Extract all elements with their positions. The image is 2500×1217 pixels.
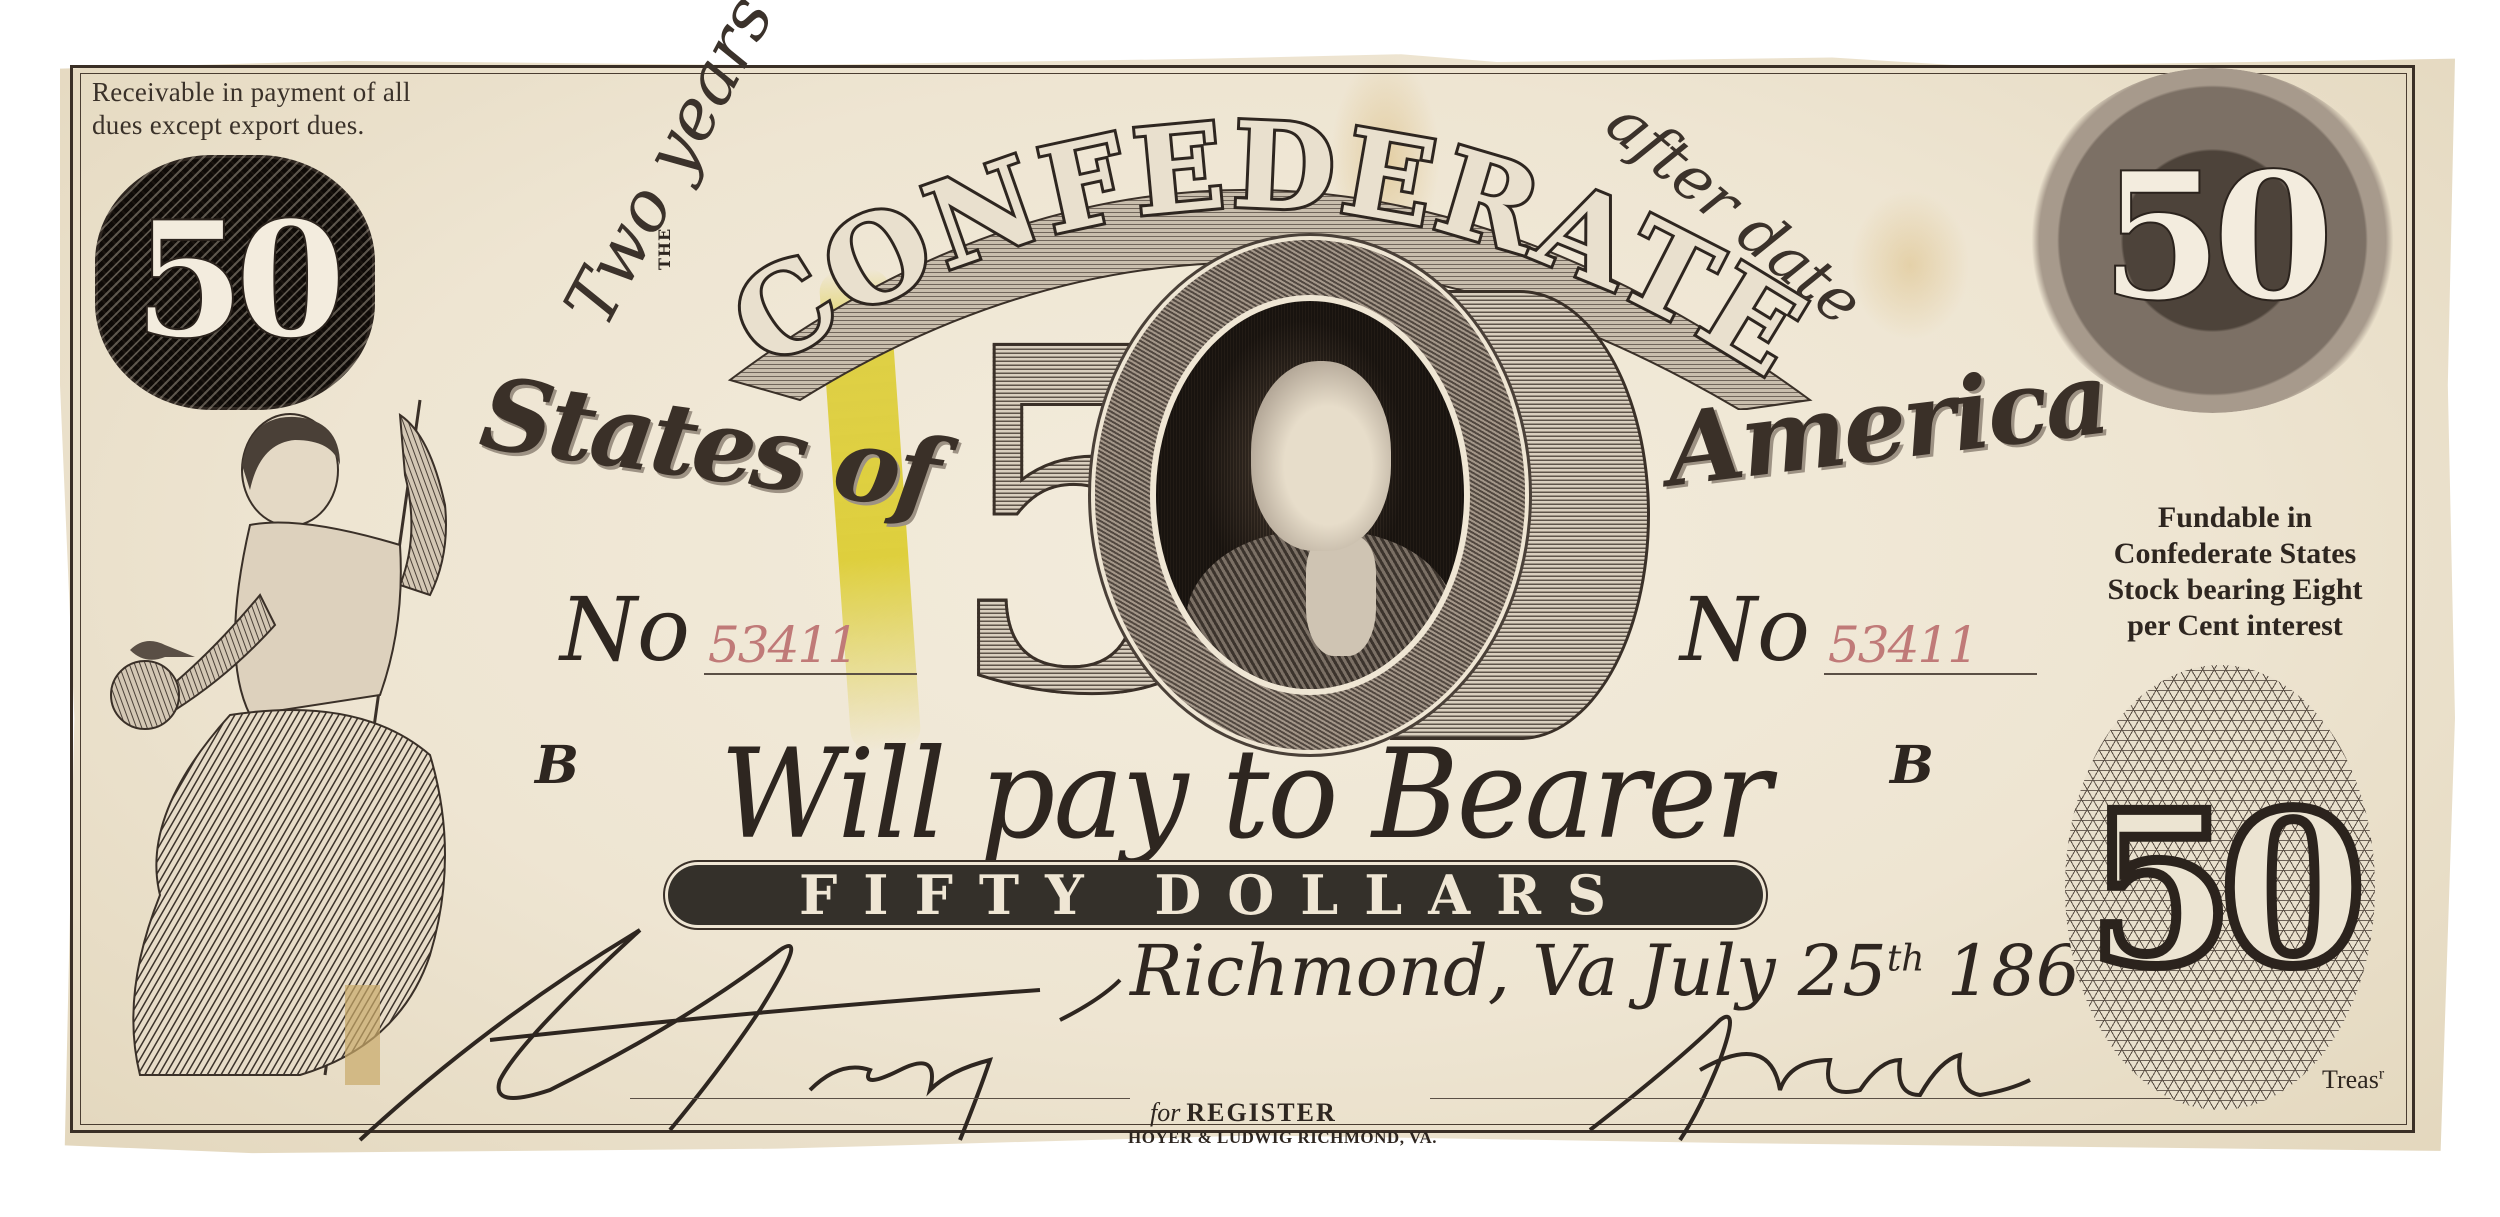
denomination-oval-right: 50 <box>2065 665 2375 1110</box>
serial-prefix: No <box>560 585 690 675</box>
serial-value: 53411 <box>1824 617 2037 675</box>
portrait-head <box>1251 361 1391 551</box>
fundable-text: Fundable in Confederate States Stock bea… <box>2050 500 2420 644</box>
treas-text: Treas <box>2322 1065 2379 1094</box>
for-label: for <box>1150 1098 1180 1127</box>
fundable-line: Confederate States <box>2050 536 2420 572</box>
amount-words: FIFTY DOLLARS <box>799 863 1632 927</box>
serial-prefix: No <box>1680 585 1810 675</box>
treasurer-signature-line <box>1430 1098 2190 1099</box>
fundable-line: per Cent interest <box>2050 608 2420 644</box>
receivable-line-1: Receivable in payment of all <box>92 76 411 109</box>
register-word: REGISTER <box>1186 1098 1336 1127</box>
portrait-vignette <box>1095 240 1525 750</box>
promise-text: Will pay to Bearer <box>720 722 1770 867</box>
fundable-line: Fundable in <box>2050 500 2420 536</box>
register-signature <box>340 920 1140 1160</box>
treasurer-signature <box>1560 1000 2080 1150</box>
portrait-oval <box>1150 295 1470 695</box>
receivable-text: Receivable in payment of all dues except… <box>92 76 411 142</box>
portrait-cravat <box>1306 536 1376 656</box>
serial-number-left: No 53411 <box>560 585 917 675</box>
serial-value: 53411 <box>704 617 917 675</box>
serial-number-right: No 53411 <box>1680 585 2037 675</box>
denomination-medallion-left: 50 <box>95 155 375 410</box>
fundable-line: Stock bearing Eight <box>2050 572 2420 608</box>
denomination-rosette-right: 50 <box>2025 68 2400 413</box>
amount-banner: FIFTY DOLLARS <box>668 865 1763 925</box>
plate-letter-right: B <box>1890 735 1934 796</box>
printer-imprint: HOYER & LUDWIG RICHMOND, VA. <box>1128 1128 1437 1148</box>
date-suffix: th <box>1887 939 1925 980</box>
treas-suffix: r <box>2379 1065 2384 1082</box>
register-label: forREGISTER <box>1150 1098 1337 1128</box>
receivable-line-2: dues except export dues. <box>92 109 411 142</box>
denomination-numeral: 50 <box>2065 780 2375 1000</box>
register-signature-line <box>630 1098 1130 1099</box>
denomination-numeral: 50 <box>95 180 375 380</box>
denomination-numeral: 50 <box>2025 128 2400 348</box>
plate-letter-left: B <box>535 735 579 796</box>
treasurer-label: Treasr <box>2322 1065 2384 1095</box>
